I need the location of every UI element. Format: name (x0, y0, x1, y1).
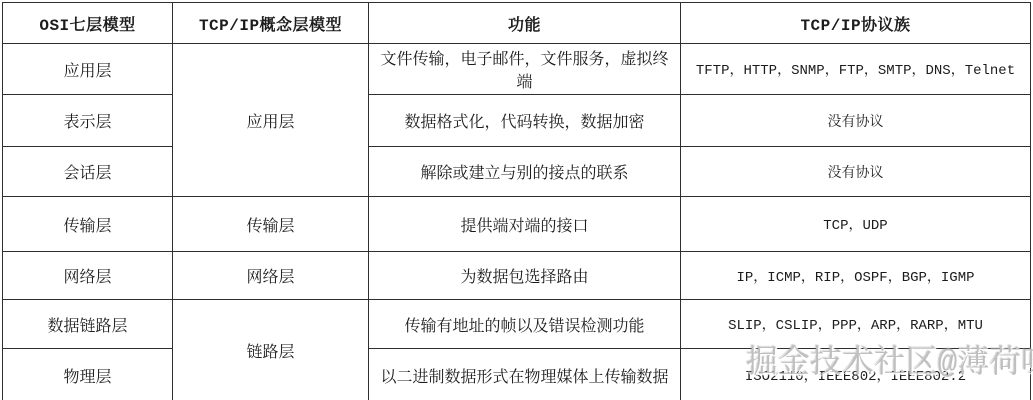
table-row: 物理层 以二进制数据形式在物理媒体上传输数据 ISO2110，IEEE802，I… (3, 349, 1031, 400)
column-header-tcpip-model: TCP/IP概念层模型 (173, 3, 369, 44)
column-header-function: 功能 (369, 3, 681, 44)
cell-protocols-datalink: SLIP，CSLIP，PPP，ARP，RARP，MTU (681, 300, 1031, 349)
table-row: 网络层 网络层 为数据包选择路由 IP，ICMP，RIP，OSPF，BGP，IG… (3, 252, 1031, 300)
table-row: 数据链路层 链路层 传输有地址的帧以及错误检测功能 SLIP，CSLIP，PPP… (3, 300, 1031, 349)
cell-function-network: 为数据包选择路由 (369, 252, 681, 300)
cell-protocols-transport: TCP，UDP (681, 197, 1031, 252)
table-row: 传输层 传输层 提供端对端的接口 TCP，UDP (3, 197, 1031, 252)
cell-function-session: 解除或建立与别的接点的联系 (369, 147, 681, 197)
table-row: 会话层 解除或建立与别的接点的联系 没有协议 (3, 147, 1031, 197)
osi-tcpip-comparison-table: OSI七层模型 TCP/IP概念层模型 功能 TCP/IP协议族 应用层 应用层… (2, 2, 1031, 400)
cell-function-transport: 提供端对端的接口 (369, 197, 681, 252)
cell-function-presentation: 数据格式化，代码转换，数据加密 (369, 95, 681, 147)
cell-tcpip-transport: 传输层 (173, 197, 369, 252)
cell-protocols-application: TFTP，HTTP，SNMP，FTP，SMTP，DNS，Telnet (681, 44, 1031, 95)
cell-protocols-physical: ISO2110，IEEE802，IEEE802.2 (681, 349, 1031, 400)
cell-osi-physical: 物理层 (3, 349, 173, 400)
cell-function-application: 文件传输，电子邮件，文件服务，虚拟终端 (369, 44, 681, 95)
cell-protocols-network: IP，ICMP，RIP，OSPF，BGP，IGMP (681, 252, 1031, 300)
cell-osi-session: 会话层 (3, 147, 173, 197)
cell-protocols-session: 没有协议 (681, 147, 1031, 197)
column-header-protocol-family: TCP/IP协议族 (681, 3, 1031, 44)
cell-osi-network: 网络层 (3, 252, 173, 300)
cell-osi-datalink: 数据链路层 (3, 300, 173, 349)
header-row: OSI七层模型 TCP/IP概念层模型 功能 TCP/IP协议族 (3, 3, 1031, 44)
cell-osi-transport: 传输层 (3, 197, 173, 252)
column-header-osi-model: OSI七层模型 (3, 3, 173, 44)
table-row: 表示层 数据格式化，代码转换，数据加密 没有协议 (3, 95, 1031, 147)
cell-tcpip-network: 网络层 (173, 252, 369, 300)
cell-protocols-presentation: 没有协议 (681, 95, 1031, 147)
cell-osi-presentation: 表示层 (3, 95, 173, 147)
cell-tcpip-application: 应用层 (173, 44, 369, 197)
table-row: 应用层 应用层 文件传输，电子邮件，文件服务，虚拟终端 TFTP，HTTP，SN… (3, 44, 1031, 95)
page: OSI七层模型 TCP/IP概念层模型 功能 TCP/IP协议族 应用层 应用层… (0, 0, 1033, 400)
cell-osi-application: 应用层 (3, 44, 173, 95)
cell-function-datalink: 传输有地址的帧以及错误检测功能 (369, 300, 681, 349)
cell-tcpip-link: 链路层 (173, 300, 369, 400)
cell-function-physical: 以二进制数据形式在物理媒体上传输数据 (369, 349, 681, 400)
